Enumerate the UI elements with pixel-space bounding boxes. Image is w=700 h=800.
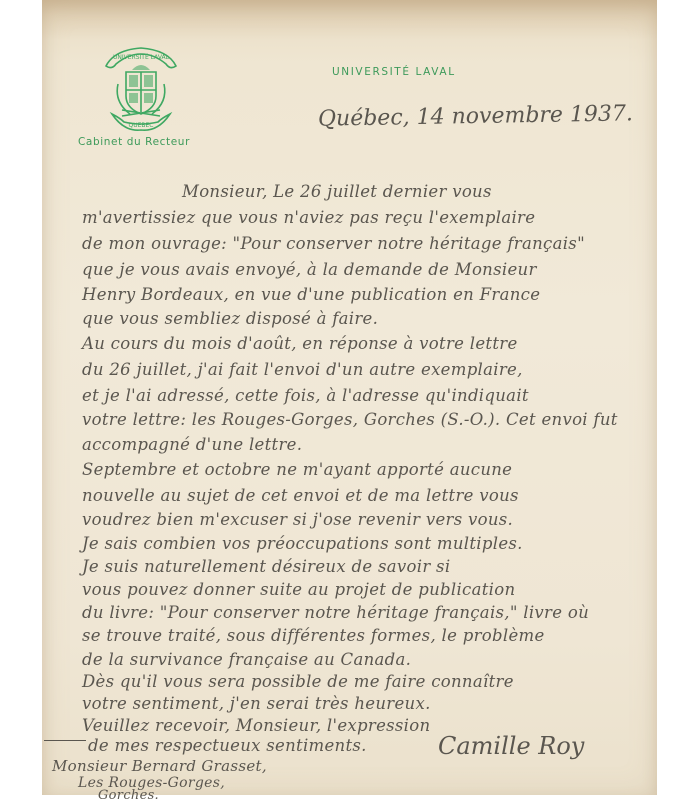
body-line: Dès qu'il vous sera possible de me faire… (82, 672, 514, 691)
body-line: Veuillez recevoir, Monsieur, l'expressio… (82, 716, 430, 735)
body-line: votre sentiment, j'en serai très heureux… (82, 694, 431, 713)
body-line: Septembre et octobre ne m'ayant apporté … (82, 460, 512, 479)
body-line: de mon ouvrage: "Pour conserver notre hé… (82, 234, 585, 253)
body-line: Je suis naturellement désireux de savoir… (82, 557, 450, 576)
university-crest-icon: UNIVERSITÉ LAVAL QUEBEC (96, 44, 186, 134)
office-name: Cabinet du Recteur (78, 136, 190, 148)
body-line: Au cours du mois d'août, en réponse à vo… (82, 334, 518, 353)
crest-bottom-text: QUEBEC (128, 122, 153, 129)
closing-rule (44, 740, 86, 741)
body-line: se trouve traité, sous différentes forme… (82, 626, 545, 645)
body-line: que je vous avais envoyé, à la demande d… (82, 260, 537, 279)
body-line: du livre: "Pour conserver notre héritage… (82, 603, 589, 622)
body-line: que vous sembliez disposé à faire. (82, 309, 378, 328)
body-line: votre lettre: les Rouges-Gorges, Gorches… (82, 410, 618, 429)
body-line: voudrez bien m'excuser si j'ose revenir … (82, 510, 513, 529)
paper-stain (42, 0, 657, 40)
addressee-line: Gorches. (98, 789, 159, 800)
crest-top-text: UNIVERSITÉ LAVAL (113, 53, 170, 61)
body-line: et je l'ai adressé, cette fois, à l'adre… (82, 386, 529, 405)
body-line: de la survivance française au Canada. (82, 650, 411, 669)
addressee-line: Monsieur Bernard Grasset, (52, 757, 267, 775)
body-line: Je sais combien vos préoccupations sont … (82, 534, 523, 553)
body-line: vous pouvez donner suite au projet de pu… (82, 580, 515, 599)
institution-name: UNIVERSITÉ LAVAL (332, 66, 456, 78)
body-line: du 26 juillet, j'ai fait l'envoi d'un au… (82, 360, 523, 379)
body-line: nouvelle au sujet de cet envoi et de ma … (82, 486, 519, 505)
body-line: Monsieur, Le 26 juillet dernier vous (182, 182, 492, 201)
body-line: de mes respectueux sentiments. (88, 736, 367, 755)
body-line: Henry Bordeaux, en vue d'une publication… (82, 285, 540, 304)
signature: Camille Roy (438, 732, 584, 760)
body-line: m'avertissiez que vous n'aviez pas reçu … (82, 208, 535, 227)
body-line: accompagné d'une lettre. (82, 435, 302, 454)
